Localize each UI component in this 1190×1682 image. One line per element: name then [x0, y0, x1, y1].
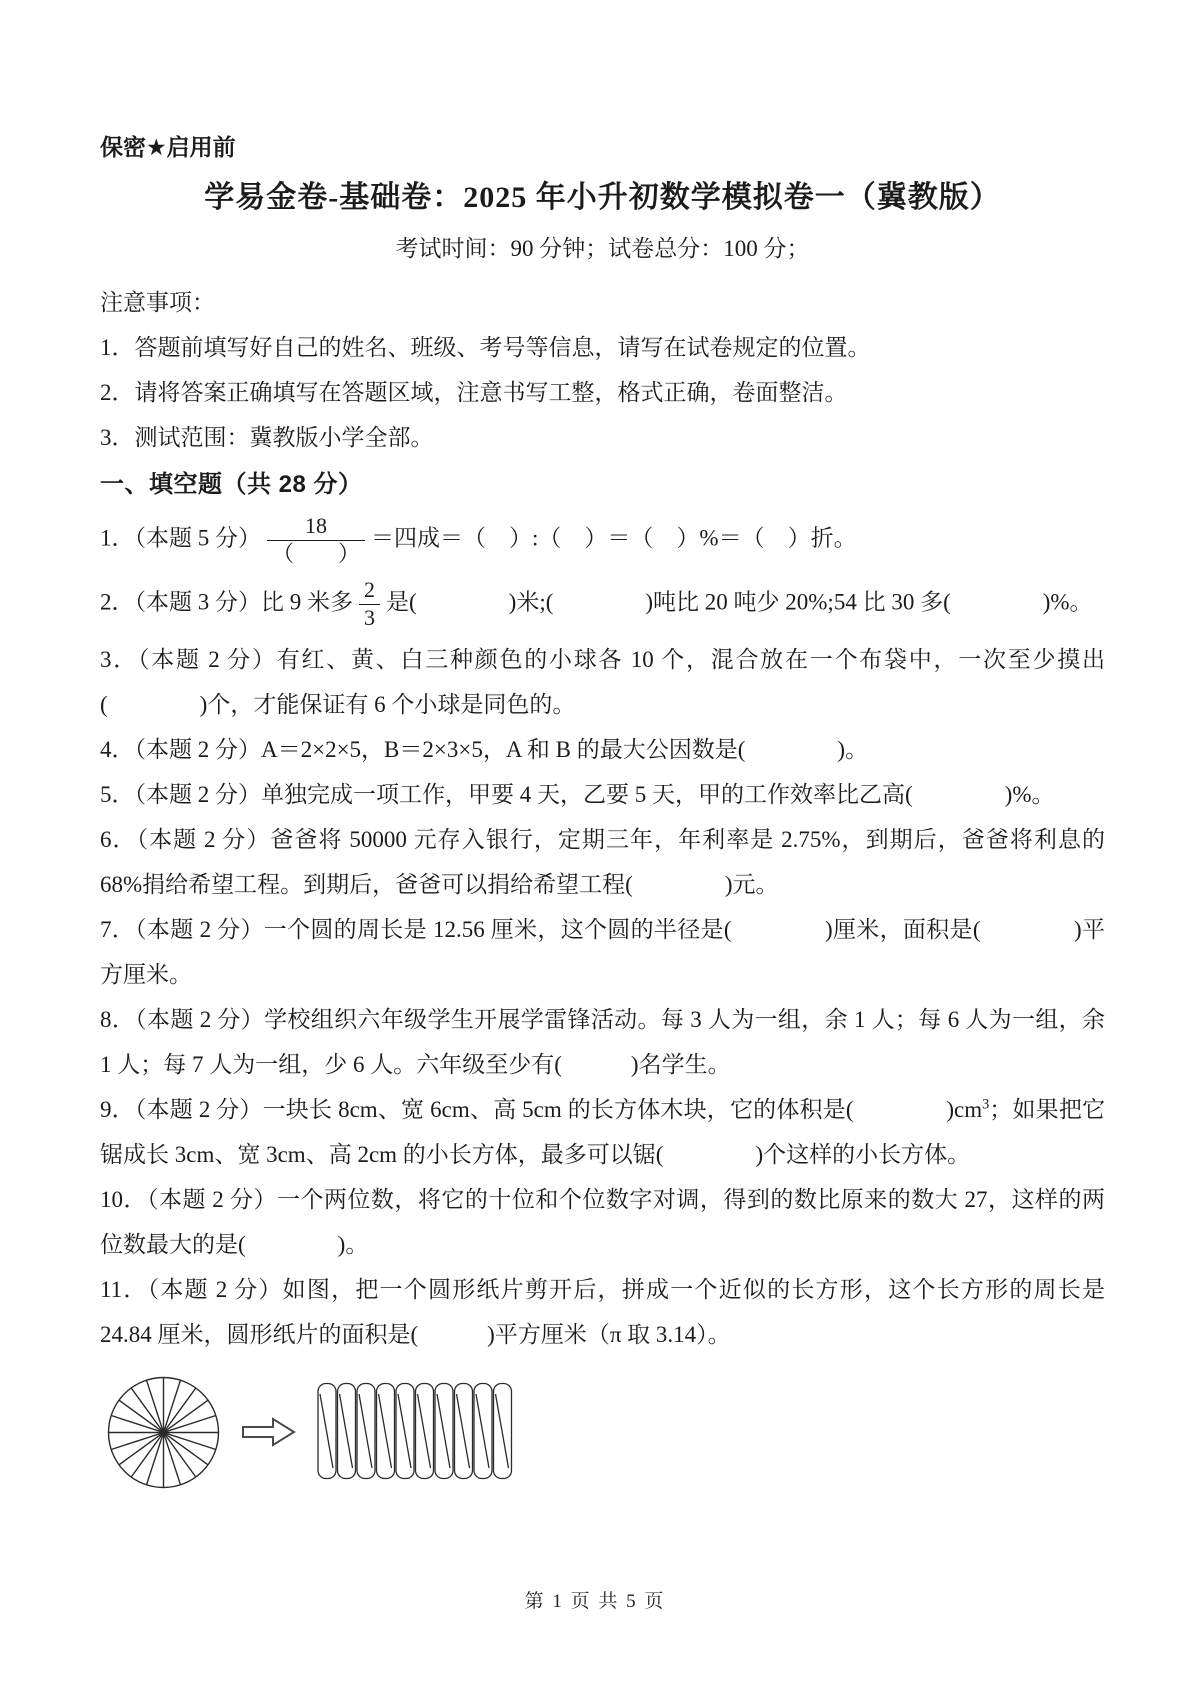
exam-time-score: 考试时间：90 分钟；试卷总分：100 分；: [100, 226, 1105, 272]
section1-heading: 一、填空题（共 28 分）: [100, 462, 1105, 508]
circle-sectors-figure: [106, 1375, 221, 1490]
question-7: 7．（本题 2 分）一个圆的周长是 12.56 厘米，这个圆的半径是( )厘米，…: [100, 907, 1105, 997]
fraction-numerator: 18: [300, 514, 332, 540]
question-1: 1．（本题 5 分）18（ ）＝四成＝（ ）:（ ）＝（ ）%＝（ ）折。: [100, 508, 1105, 572]
question-9: 9．（本题 2 分）一块长 8cm、宽 6cm、高 5cm 的长方体木块，它的体…: [100, 1087, 1105, 1177]
note-item-3: 3．测试范围：冀教版小学全部。: [100, 415, 1105, 460]
fraction-numerator: 2: [359, 578, 380, 604]
question-5: 5．（本题 2 分）单独完成一项工作，甲要 4 天，乙要 5 天，甲的工作效率比…: [100, 772, 1105, 817]
notes-heading: 注意事项：: [100, 280, 1105, 325]
note-item-2: 2．请将答案正确填写在答题区域，注意书写工整，格式正确，卷面整洁。: [100, 370, 1105, 415]
fraction-denominator: （ ）: [267, 540, 365, 567]
question-6: 6．（本题 2 分）爸爸将 50000 元存入银行，定期三年，年利率是 2.75…: [100, 817, 1105, 907]
question-11-figure: [106, 1375, 1105, 1490]
transform-arrow-icon: [241, 1414, 297, 1450]
question-1-suffix: ＝四成＝（ ）:（ ）＝（ ）%＝（ ）折。: [371, 525, 857, 550]
question-2: 2．（本题 3 分）比 9 米多23是( )米;( )吨比 20 吨少 20%;…: [100, 572, 1105, 636]
exam-paper-page: 保密★启用前 学易金卷-基础卷：2025 年小升初数学模拟卷一（冀教版） 考试时…: [0, 0, 1190, 1682]
page-title: 学易金卷-基础卷：2025 年小升初数学模拟卷一（冀教版）: [100, 176, 1105, 220]
page-footer: 第 1 页 共 5 页: [0, 1586, 1190, 1613]
question-11: 11．（本题 2 分）如图，把一个圆形纸片剪开后，拼成一个近似的长方形，这个长方…: [100, 1267, 1105, 1357]
note-item-1: 1．答题前填写好自己的姓名、班级、考号等信息，请写在试卷规定的位置。: [100, 325, 1105, 370]
question-8: 8．（本题 2 分）学校组织六年级学生开展学雷锋活动。每 3 人为一组，余 1 …: [100, 997, 1105, 1087]
rectangle-sectors-figure: [317, 1382, 517, 1482]
question-2-prefix: 2．（本题 3 分）比 9 米多: [100, 590, 353, 615]
question-1-prefix: 1．（本题 5 分）: [100, 525, 261, 550]
classification-banner: 保密★启用前: [100, 132, 1105, 162]
question-9-part1: 9．（本题 2 分）一块长 8cm、宽 6cm、高 5cm 的长方体木块，它的体…: [100, 1097, 982, 1122]
question-2-suffix: 是( )米;( )吨比 20 吨少 20%;54 比 30 多( )%。: [386, 590, 1093, 615]
question-3: 3．（本题 2 分）有红、黄、白三种颜色的小球各 10 个，混合放在一个布袋中，…: [100, 637, 1105, 727]
fraction-18-over-blank: 18（ ）: [267, 514, 365, 566]
question-4: 4．（本题 2 分）A＝2×2×5，B＝2×3×5，A 和 B 的最大公因数是(…: [100, 727, 1105, 772]
fraction-denominator: 3: [359, 604, 380, 631]
question-10: 10．（本题 2 分）一个两位数，将它的十位和个位数字对调，得到的数比原来的数大…: [100, 1177, 1105, 1267]
fraction-two-thirds: 23: [359, 578, 380, 630]
